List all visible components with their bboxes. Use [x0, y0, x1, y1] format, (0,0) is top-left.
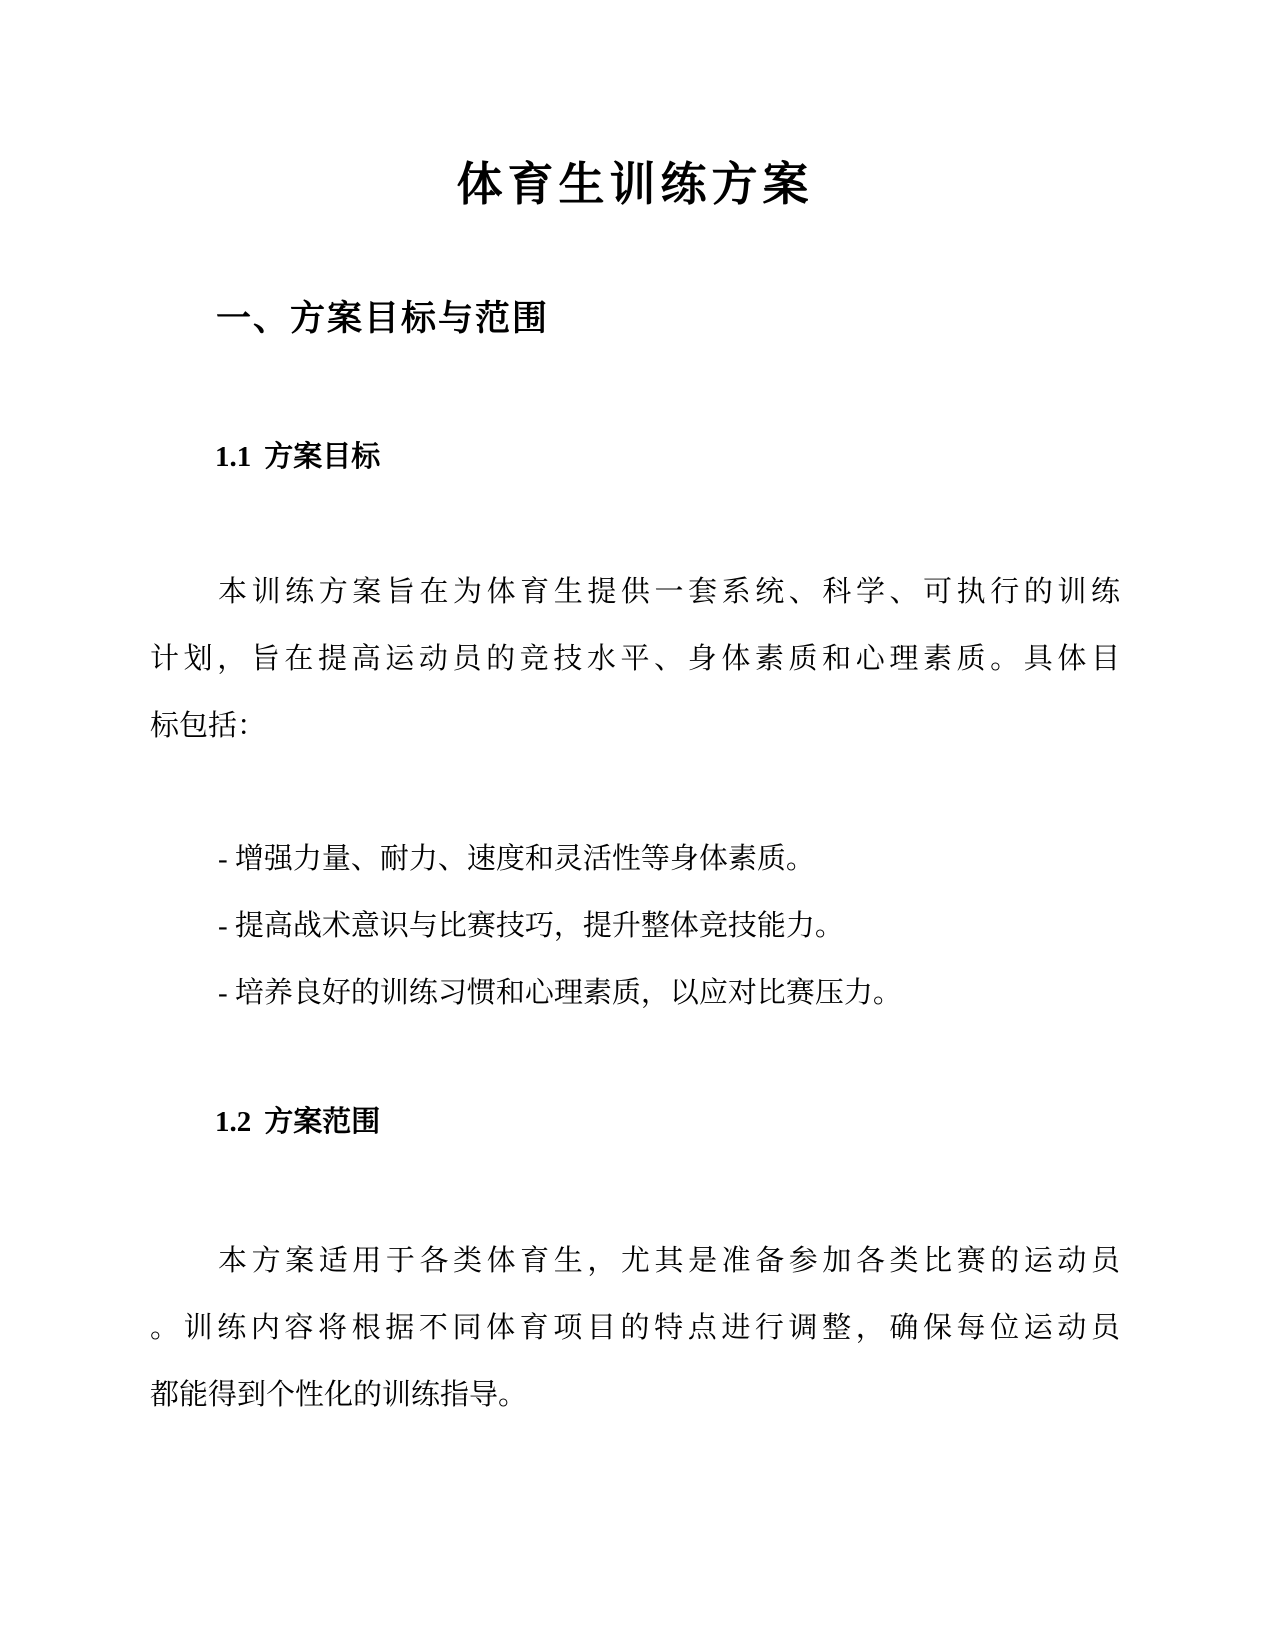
subsection-title: 方案范围 [264, 1106, 380, 1138]
paragraph-line: 标包括： [150, 693, 1120, 760]
document-page: 体育生训练方案 一、方案目标与范围 1.1方案目标 本训练方案旨在为体育生提供一… [0, 0, 1275, 1650]
subsection-title: 方案目标 [264, 441, 380, 473]
bullet-list: - 增强力量、耐力、速度和灵活性等身体素质。 - 提高战术意识与比赛技巧，提升整… [150, 826, 1120, 1027]
paragraph-line: 本方案适用于各类体育生，尤其是准备参加各类比赛的运动员 [150, 1228, 1120, 1295]
section-heading: 一、方案目标与范围 [150, 297, 1120, 341]
document-content: 体育生训练方案 一、方案目标与范围 1.1方案目标 本训练方案旨在为体育生提供一… [0, 156, 1275, 1429]
subsection-number: 1.1 [215, 441, 251, 473]
subsection-heading-1-2: 1.2方案范围 [150, 1103, 1120, 1141]
subsection-heading-1-1: 1.1方案目标 [150, 438, 1120, 476]
subsection-number: 1.2 [215, 1106, 251, 1138]
paragraph-line: 本训练方案旨在为体育生提供一套系统、科学、可执行的训练 [150, 559, 1120, 626]
paragraph-line: 计划，旨在提高运动员的竞技水平、身体素质和心理素质。具体目 [150, 626, 1120, 693]
paragraph-goals: 本训练方案旨在为体育生提供一套系统、科学、可执行的训练 计划，旨在提高运动员的竞… [150, 559, 1120, 760]
paragraph-line: 。训练内容将根据不同体育项目的特点进行调整，确保每位运动员 [150, 1295, 1120, 1362]
paragraph-line: 都能得到个性化的训练指导。 [150, 1362, 1120, 1429]
bullet-item: - 培养良好的训练习惯和心理素质，以应对比赛压力。 [150, 960, 1120, 1027]
document-title: 体育生训练方案 [150, 156, 1120, 212]
bullet-item: - 提高战术意识与比赛技巧，提升整体竞技能力。 [150, 893, 1120, 960]
paragraph-scope: 本方案适用于各类体育生，尤其是准备参加各类比赛的运动员 。训练内容将根据不同体育… [150, 1228, 1120, 1429]
bullet-item: - 增强力量、耐力、速度和灵活性等身体素质。 [150, 826, 1120, 893]
